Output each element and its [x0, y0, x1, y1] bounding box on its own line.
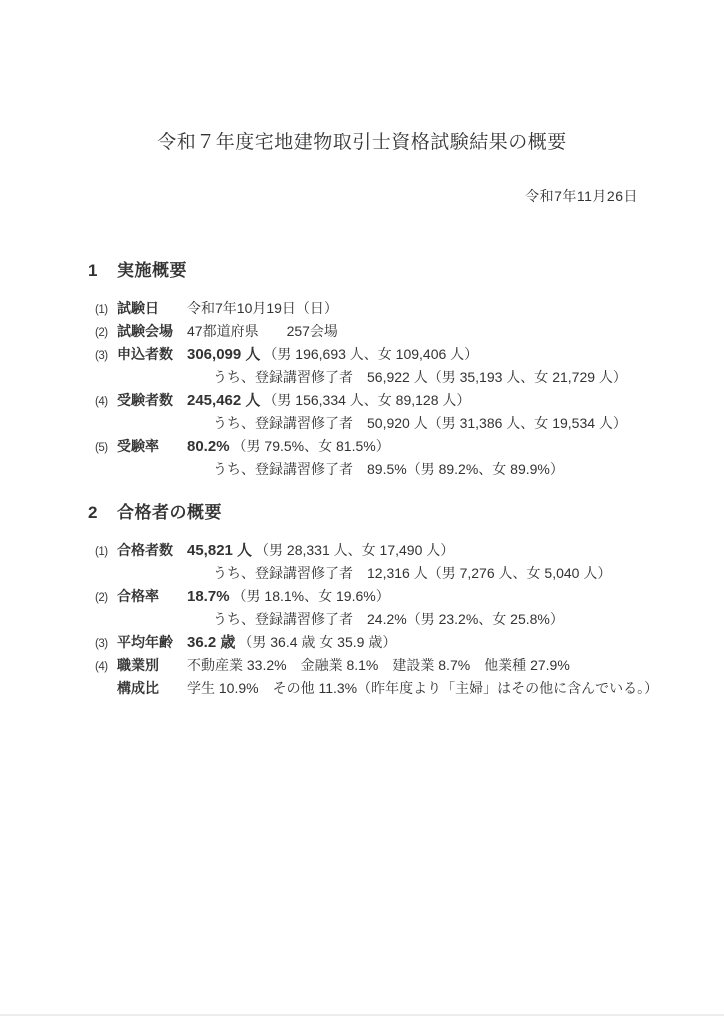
exam-rate-row: (5)受験率80.2%（男 79.5%、女 81.5%）: [95, 435, 694, 458]
item-text: 令和7年10月19日（日）: [187, 300, 338, 316]
item-text: （男 196,693 人、女 109,406 人）: [263, 346, 478, 362]
composition-row: 構成比学生 10.9% その他 11.3%（昨年度より「主婦」はその他に含んでい…: [95, 677, 694, 700]
item-text: （男 18.1%、女 19.6%）: [233, 588, 390, 604]
item-label: 試験会場: [117, 320, 187, 343]
document-page: 令和７年度宅地建物取引士資格試験結果の概要 令和7年11月26日 1実施概要 (…: [0, 0, 724, 1024]
section-1-title: 実施概要: [117, 261, 187, 280]
section-2-number: 2: [88, 503, 98, 523]
examinees-row: (4)受験者数245,462 人（男 156,334 人、女 89,128 人）: [95, 389, 694, 412]
note-text: うち、登録講習修了者 24.2%（男 23.2%、女 25.8%）: [213, 611, 564, 627]
item-marker: (3): [95, 633, 117, 656]
note-text: うち、登録講習修了者 89.5%（男 89.2%、女 89.9%）: [213, 461, 564, 477]
item-label: 試験日: [117, 297, 187, 320]
passers-row: (1)合格者数45,821 人（男 28,331 人、女 17,490 人）: [95, 539, 694, 562]
item-label: 合格者数: [117, 539, 187, 562]
item-text: 不動産業 33.2% 金融業 8.1% 建設業 8.7% 他業種 27.9%: [187, 657, 570, 673]
applicants-row: (3)申込者数306,099 人（男 196,693 人、女 109,406 人…: [95, 343, 694, 366]
item-label: 平均年齢: [117, 631, 187, 654]
item-marker: (4): [95, 656, 117, 679]
item-text: 47都道府県 257会場: [187, 323, 338, 339]
section-1-number: 1: [88, 261, 98, 281]
item-marker: (4): [95, 391, 117, 414]
examinees-note-row: うち、登録講習修了者 50,920 人（男 31,386 人、女 19,534 …: [95, 412, 694, 435]
item-label: 職業別: [117, 654, 187, 677]
passers-note-row: うち、登録講習修了者 12,316 人（男 7,276 人、女 5,040 人）: [95, 562, 694, 585]
occupation-row: (4)職業別不動産業 33.2% 金融業 8.1% 建設業 8.7% 他業種 2…: [95, 654, 694, 677]
item-marker: (3): [95, 345, 117, 368]
item-label: 受験者数: [117, 389, 187, 412]
item-main-value: 36.2 歳: [187, 634, 235, 651]
section-2-rows: (1)合格者数45,821 人（男 28,331 人、女 17,490 人） う…: [95, 539, 694, 700]
item-text: （男 156,334 人、女 89,128 人）: [263, 392, 470, 408]
section-2-title: 合格者の概要: [117, 503, 222, 522]
item-text: 学生 10.9% その他 11.3%（昨年度より「主婦」はその他に含んでいる。）: [187, 680, 658, 696]
item-marker: (2): [95, 322, 117, 345]
note-text: うち、登録講習修了者 56,922 人（男 35,193 人、女 21,729 …: [213, 369, 627, 385]
exam-rate-note-row: うち、登録講習修了者 89.5%（男 89.2%、女 89.9%）: [95, 458, 694, 481]
average-age-row: (3)平均年齢36.2 歳（男 36.4 歳 女 35.9 歳）: [95, 631, 694, 654]
exam-date-row: (1)試験日令和7年10月19日（日）: [95, 297, 694, 320]
item-main-value: 306,099 人: [187, 346, 260, 363]
exam-venue-row: (2)試験会場47都道府県 257会場: [95, 320, 694, 343]
item-main-value: 80.2%: [187, 438, 230, 455]
document-date: 令和7年11月26日: [525, 186, 638, 206]
item-marker: (5): [95, 437, 117, 460]
item-main-value: 45,821 人: [187, 542, 252, 559]
note-text: うち、登録講習修了者 12,316 人（男 7,276 人、女 5,040 人）: [213, 565, 611, 581]
section-2-heading: 2合格者の概要: [88, 498, 222, 523]
item-label: 受験率: [117, 435, 187, 458]
section-1-heading: 1実施概要: [88, 256, 187, 281]
page-edge-line: [0, 1014, 724, 1016]
item-text: （男 36.4 歳 女 35.9 歳）: [238, 634, 396, 650]
item-text: （男 79.5%、女 81.5%）: [233, 438, 390, 454]
item-label: 構成比: [117, 677, 187, 700]
item-main-value: 245,462 人: [187, 392, 260, 409]
item-marker: (1): [95, 541, 117, 564]
item-label: 合格率: [117, 585, 187, 608]
item-label: 申込者数: [117, 343, 187, 366]
item-text: （男 28,331 人、女 17,490 人）: [255, 542, 454, 558]
note-text: うち、登録講習修了者 50,920 人（男 31,386 人、女 19,534 …: [213, 415, 627, 431]
item-marker: (1): [95, 299, 117, 322]
page-title: 令和７年度宅地建物取引士資格試験結果の概要: [0, 127, 724, 154]
section-1-rows: (1)試験日令和7年10月19日（日） (2)試験会場47都道府県 257会場 …: [95, 297, 694, 481]
item-main-value: 18.7%: [187, 588, 230, 605]
pass-rate-row: (2)合格率18.7%（男 18.1%、女 19.6%）: [95, 585, 694, 608]
item-marker: (2): [95, 587, 117, 610]
applicants-note-row: うち、登録講習修了者 56,922 人（男 35,193 人、女 21,729 …: [95, 366, 694, 389]
pass-rate-note-row: うち、登録講習修了者 24.2%（男 23.2%、女 25.8%）: [95, 608, 694, 631]
